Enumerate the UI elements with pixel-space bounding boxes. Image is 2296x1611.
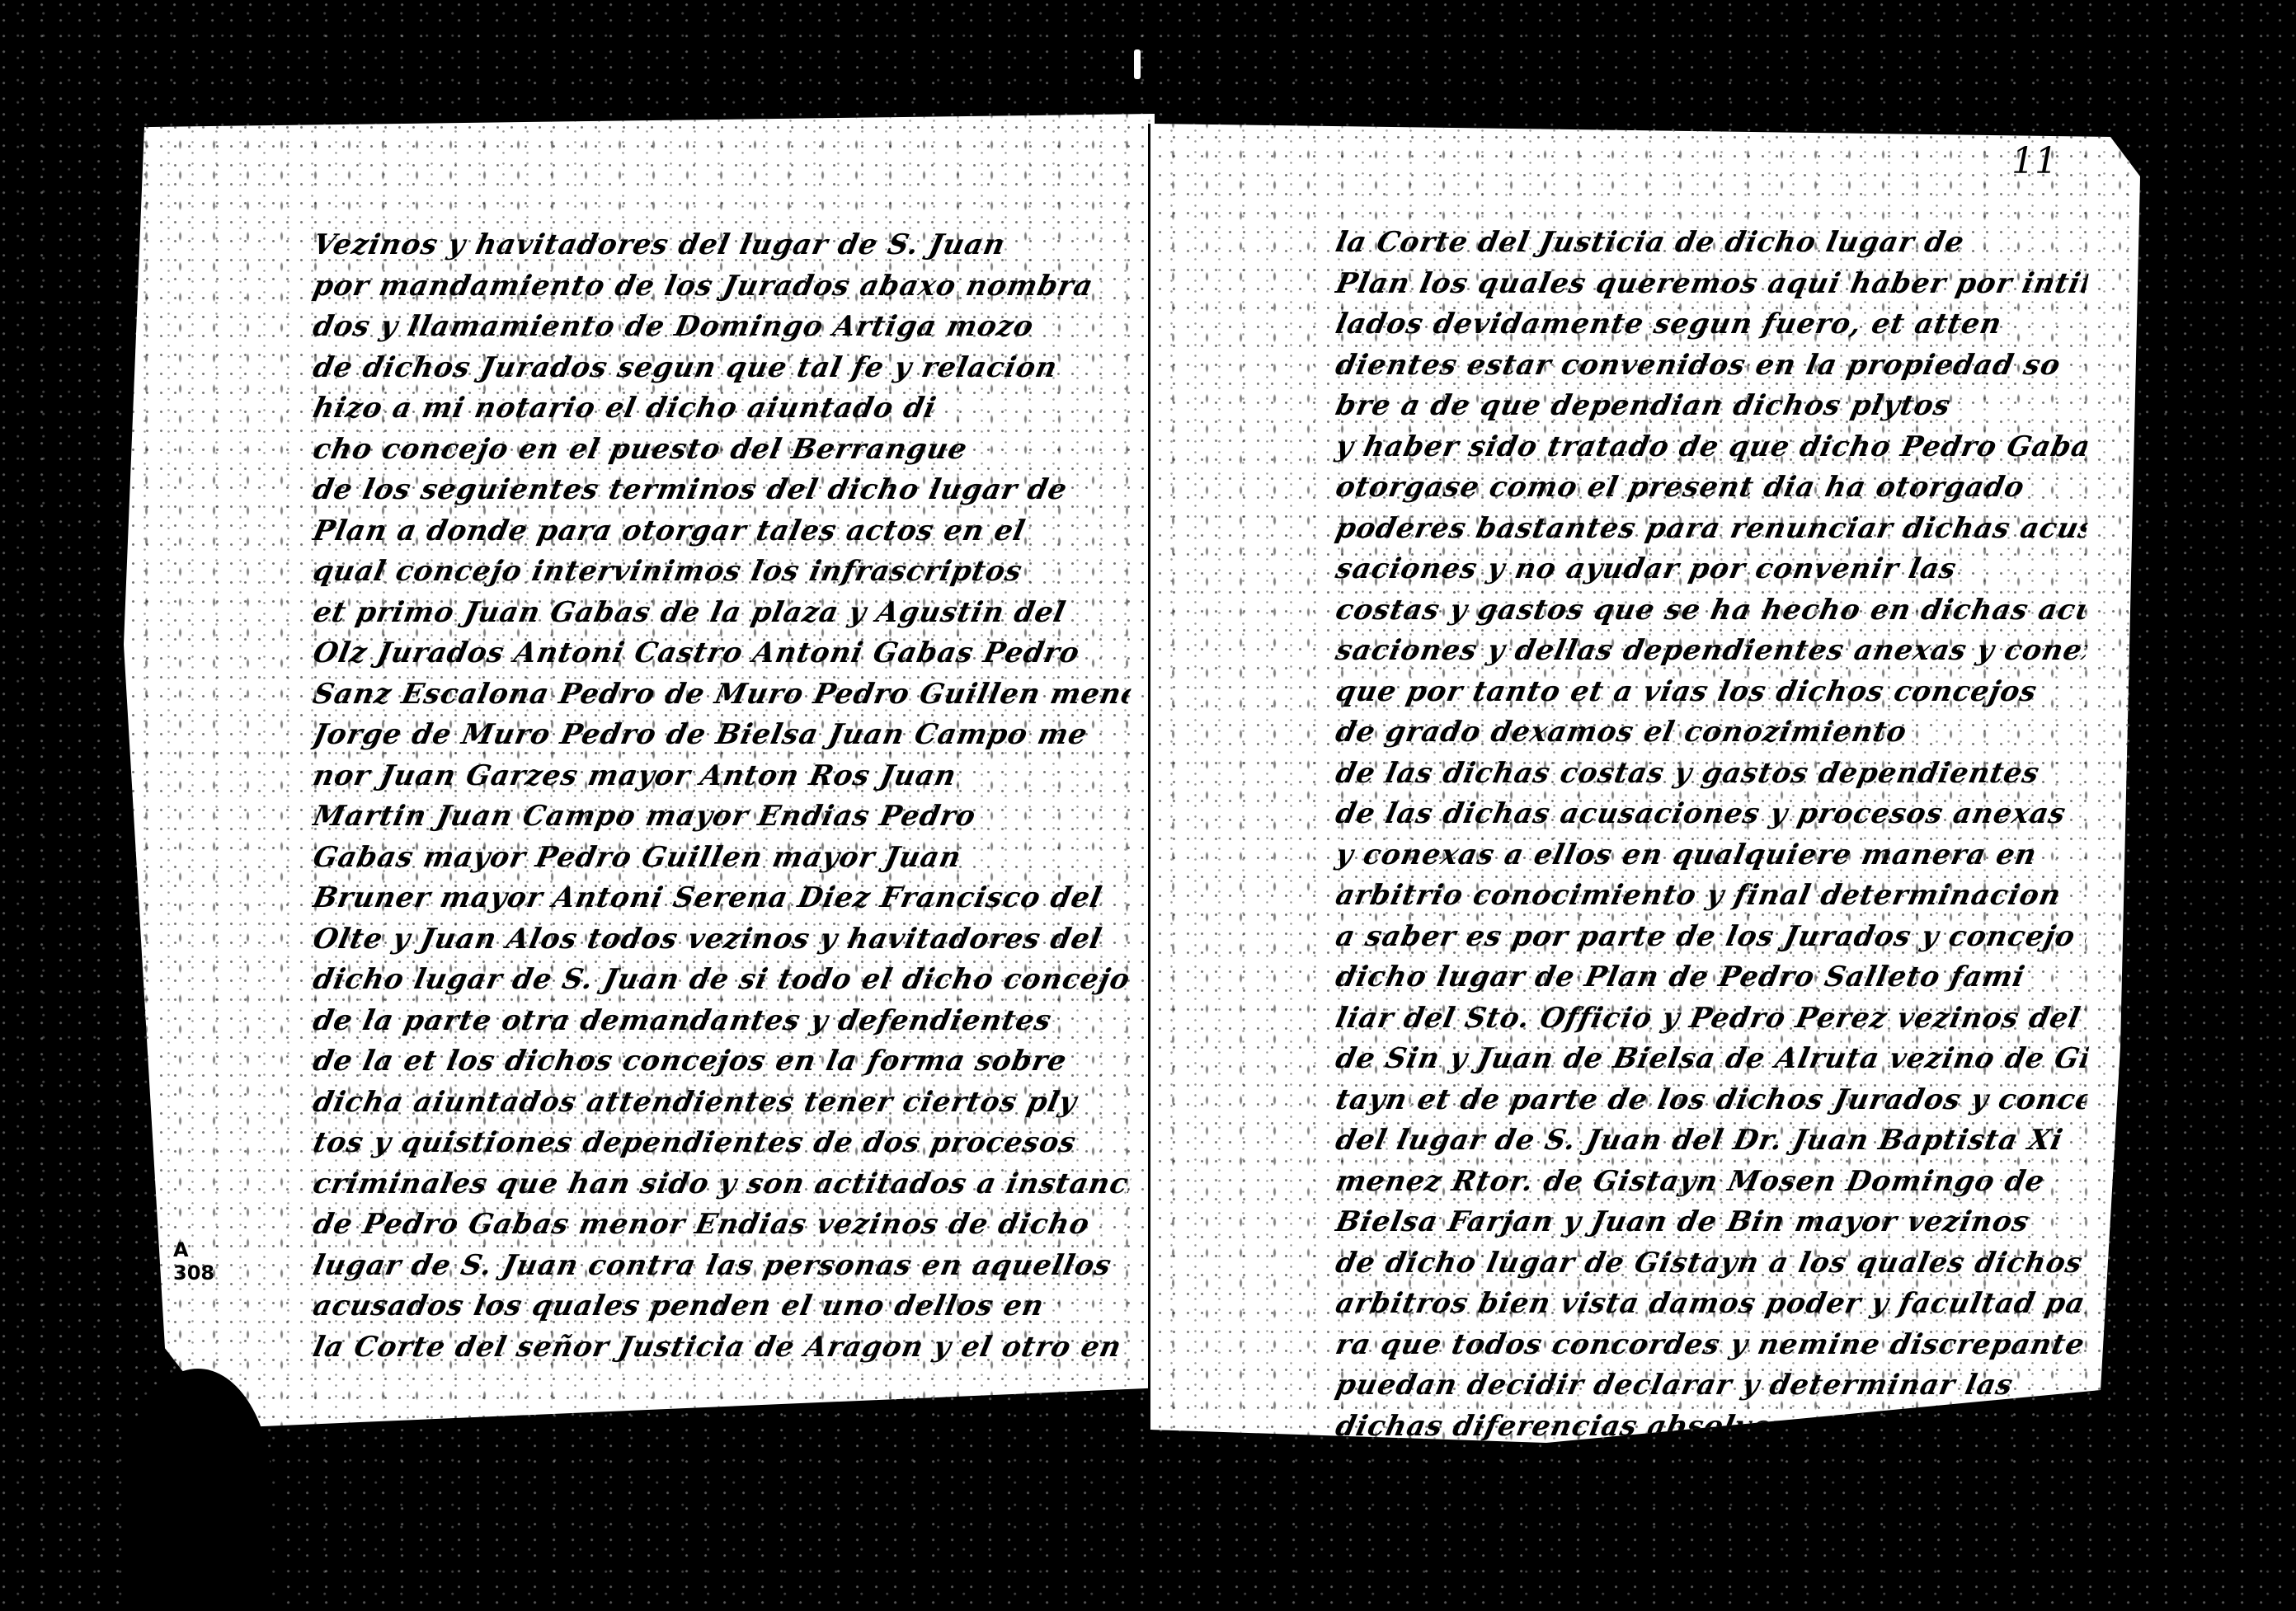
text-line: dientes estar convenidos en la propiedad… [1332,345,2091,387]
text-line: saciones y no ayudar por convenir las [1332,549,2091,590]
text-line: acusados los quales penden el uno dellos… [309,1286,1135,1327]
text-line: la Corte del señor Justicia de Aragon y … [309,1327,1135,1369]
text-line: liar del Sto. Officio y Pedro Perez vezi… [1332,998,2091,1040]
text-line: Plan a donde para otorgar tales actos en… [309,511,1135,552]
text-line: menez Rtor. de Gistayn Mosen Domingo de [1332,1162,2091,1203]
text-line: saciones y dellas dependientes anexas y … [1332,631,2091,672]
text-line: bre a de que dependian dichos plytos [1332,386,2091,427]
text-line: Olz Jurados Antoni Castro Antoni Gabas P… [309,633,1135,674]
right-manuscript-page: 11 la Corte del Justicia de dicho lugar … [1150,124,2140,1443]
text-line: costas y gastos que se ha hecho en dicha… [1332,590,2091,632]
text-line: Gabas mayor Pedro Guillen mayor Juan [309,838,1135,879]
text-line: lados devidamente segun fuero, et atten [1332,304,2091,345]
text-line: Bruner mayor Antoni Serena Diez Francisc… [309,878,1135,919]
right-page-text: la Corte del Justicia de dicho lugar de … [1336,223,2087,1443]
text-line: y conexas a ellos en qualquiere manera e… [1332,835,2091,876]
text-line: et primo Juan Gabas de la plaza y Agusti… [309,593,1135,634]
text-line: de la et los dichos concejos en la forma… [309,1041,1135,1083]
text-line: por mandamiento de los Jurados abaxo nom… [309,266,1135,308]
text-line: de las dichas acusaciones y procesos ane… [1332,794,2091,835]
text-line: dos y llamamiento de Domingo Artiga mozo [309,307,1135,348]
text-line: Jorge de Muro Pedro de Bielsa Juan Campo… [309,715,1135,756]
margin-annotation-line: 308 [173,1261,214,1285]
text-line: de las dichas costas y gastos dependient… [1332,754,2091,795]
text-line: de los seguientes terminos del dicho lug… [309,470,1135,511]
text-line: de dichos Jurados segun que tal fe y rel… [309,348,1135,389]
text-line: criminales que han sido y son actitados … [309,1164,1135,1205]
text-line: Sanz Escalona Pedro de Muro Pedro Guille… [309,674,1135,716]
text-line: de grado dexamos el conozimiento [1332,712,2091,754]
text-line: hizo a mi notario el dicho aiuntado di [309,388,1135,430]
text-line: cho concejo en el puesto del Berrangue [309,430,1135,471]
text-line: Olte y Juan Alos todos vezinos y havitad… [309,919,1135,960]
margin-annotation: A 308 [173,1238,214,1285]
text-line: a saber es por parte de los Jurados y co… [1332,917,2091,958]
text-line: tos y quistiones dependientes de dos pro… [309,1123,1135,1164]
text-line: puedan decidir declarar y determinar las [1332,1365,2091,1407]
margin-annotation-line: A [173,1238,214,1261]
text-line: de dicho lugar de Gistayn a los quales d… [1332,1243,2091,1285]
text-line: dicho lugar de Plan de Pedro Salleto fam… [1332,957,2091,998]
text-line: arbitrio conocimiento y final determinac… [1332,876,2091,917]
text-line: de Sin y Juan de Bielsa de Alruta vezino… [1332,1039,2091,1080]
text-line: Vezinos y havitadores del lugar de S. Ju… [309,225,1135,266]
text-line: dicha aiuntados attendientes tener ciert… [309,1083,1135,1124]
text-line: lugar de S. Juan contra las personas en … [309,1246,1135,1287]
text-line: de Pedro Gabas menor Endias vezinos de d… [309,1205,1135,1246]
text-line: Bielsa Farjan y Juan de Bin mayor vezino… [1332,1202,2091,1243]
text-line: y haber sido tratado de que dicho Pedro … [1332,427,2091,468]
text-line: que por tanto et a vias los dichos conce… [1332,672,2091,713]
text-line: nor Juan Garzes mayor Anton Ros Juan [309,756,1135,797]
scanner-thumb-shadow [124,1369,272,1611]
text-line: la Corte del Justicia de dicho lugar de [1332,223,2091,264]
text-line: qual concejo intervinimos los infrascrip… [309,552,1135,593]
text-line: dicho lugar de S. Juan de si todo el dic… [309,960,1135,1001]
text-line: ra que todos concordes y nemine discrepa… [1332,1325,2091,1366]
text-line: poderes bastantes para renunciar dichas … [1332,509,2091,550]
text-line: de la parte otra demandantes y defendien… [309,1001,1135,1042]
text-line: Plan los quales queremos aqui haber por … [1332,264,2091,305]
text-line: arbitros bien vista damos poder y facult… [1332,1284,2091,1325]
text-line: Martin Juan Campo mayor Endias Pedro [309,796,1135,838]
left-manuscript-page: Vezinos y havitadores del lugar de S. Ju… [124,114,1155,1441]
binding-mark [1134,49,1141,79]
text-line: tayn et de parte de los dichos Jurados y… [1332,1080,2091,1121]
left-page-text: Vezinos y havitadores del lugar de S. Ju… [313,225,1130,1368]
text-line: otorgase como el present dia ha otorgado [1332,467,2091,509]
folio-number: 11 [2011,140,2058,182]
text-line: del lugar de S. Juan del Dr. Juan Baptis… [1332,1120,2091,1162]
